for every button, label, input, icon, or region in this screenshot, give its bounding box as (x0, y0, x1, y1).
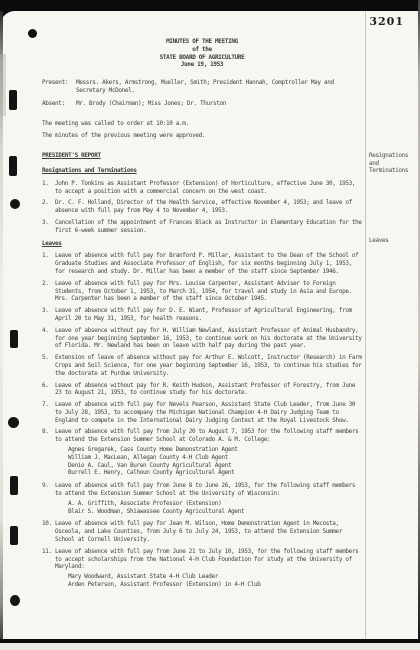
title-line-1: MINUTES OF THE MEETING (42, 38, 362, 46)
attendance-present-row: Present: Messrs. Akers, Armstrong, Muell… (42, 79, 362, 95)
document-title: MINUTES OF THE MEETING of the STATE BOAR… (42, 0, 362, 69)
item-number: 1. (42, 252, 55, 275)
page-number: 3201 (369, 15, 404, 28)
list-item: 7. Leave of absence with full pay for Ne… (42, 401, 362, 424)
margin-note-leaves: Leaves (369, 237, 417, 245)
list-item: 3. Cancellation of the appointment of Fr… (42, 219, 362, 235)
list-item: 1. John P. Tonkins as Assistant Professo… (42, 180, 362, 196)
item-number: 5. (42, 354, 55, 377)
item-number: 2. (42, 280, 55, 303)
binder-mark (10, 526, 18, 545)
binder-mark (9, 90, 17, 110)
binder-mark (9, 156, 17, 176)
item-number: 1. (42, 180, 55, 196)
item-text-body: Leave of absence with full pay from July… (55, 428, 358, 443)
staff-entry: Blair S. Woodman, Shiawassee County Agri… (68, 508, 362, 516)
item-number: 10. (42, 520, 55, 543)
staff-entry: Mary Woodward, Assistant State 4-H Club … (68, 573, 362, 581)
staff-sublist: Mary Woodward, Assistant State 4-H Club … (68, 573, 362, 589)
list-item: 3. Leave of absence with full pay for D.… (42, 307, 362, 323)
margin-note-resignations: Resignations and Terminations (369, 152, 417, 175)
list-item: 6. Leave of absence without pay for R. K… (42, 382, 362, 398)
absent-names: Mr. Brody (Chairman); Miss Jones; Dr. Th… (76, 100, 362, 108)
list-item: 10. Leave of absence with full pay for J… (42, 520, 362, 543)
item-number: 11. (42, 548, 55, 590)
margin-rule-line (365, 11, 366, 639)
item-text: Dr. C. F. Holland, Director of the Healt… (55, 199, 362, 215)
staff-entry: A. A. Griffith, Associate Professor (Ext… (68, 500, 362, 508)
item-text: Leave of absence with full pay for Jean … (55, 520, 362, 543)
item-number: 6. (42, 382, 55, 398)
present-names: Messrs. Akers, Armstrong, Mueller, Smith… (76, 79, 362, 95)
present-label: Present: (42, 79, 76, 95)
binder-mark (10, 199, 20, 209)
staff-entry: Agnes Gregarek, Cass County Home Demonst… (68, 446, 362, 454)
item-text: Leave of absence with full pay for D. E.… (55, 307, 362, 323)
staff-entry: William J. MacLean, Allegan County 4-H C… (68, 454, 362, 462)
item-text: Leave of absence with full pay from June… (55, 482, 362, 516)
item-text-body: Leave of absence with full pay from June… (55, 482, 355, 497)
item-text: Leave of absence without pay for H. Will… (55, 327, 362, 350)
item-text: Leave of absence with full pay for Mrs. … (55, 280, 362, 303)
scanned-minutes-page: 3201 Resignations and Terminations Leave… (0, 0, 420, 650)
resignations-heading: Resignations and Terminations (42, 167, 362, 175)
scan-edge-smudge (0, 54, 6, 116)
item-text-body: Leave of absence with full pay from June… (55, 548, 358, 571)
staff-entry: Arden Peterson, Assistant Professor (Ext… (68, 581, 362, 589)
item-text: John P. Tonkins as Assistant Professor (… (55, 180, 362, 196)
item-text: Leave of absence with full pay for Branf… (55, 252, 362, 275)
item-number: 9. (42, 482, 55, 516)
document-body: MINUTES OF THE MEETING of the STATE BOAR… (42, 0, 362, 590)
item-text: Extension of leave of absence without pa… (55, 354, 362, 377)
item-text: Cancellation of the appointment of Franc… (55, 219, 362, 235)
binder-mark (10, 476, 18, 495)
item-number: 2. (42, 199, 55, 215)
leaves-heading: Leaves (42, 240, 362, 248)
minutes-approved-paragraph: The minutes of the previous meeting were… (42, 132, 362, 140)
staff-sublist: Agnes Gregarek, Cass County Home Demonst… (68, 446, 362, 477)
title-date: June 19, 1953 (42, 61, 362, 69)
title-line-3: STATE BOARD OF AGRICULTURE (42, 54, 362, 62)
scan-below-edge (0, 643, 420, 650)
item-number: 3. (42, 219, 55, 235)
binder-mark (10, 595, 20, 606)
item-text: Leave of absence with full pay from July… (55, 428, 362, 478)
staff-entry: Burrell E. Henry, Calhoun County Agricul… (68, 469, 362, 477)
item-number: 8. (42, 428, 55, 478)
list-item: 9. Leave of absence with full pay from J… (42, 482, 362, 516)
absent-label: Absent: (42, 100, 76, 108)
punch-hole (28, 29, 37, 38)
binder-mark (10, 330, 18, 348)
list-item: 2. Dr. C. F. Holland, Director of the He… (42, 199, 362, 215)
item-number: 3. (42, 307, 55, 323)
call-to-order-paragraph: The meeting was called to order at 10:10… (42, 120, 362, 128)
item-number: 7. (42, 401, 55, 424)
list-item: 11. Leave of absence with full pay from … (42, 548, 362, 590)
list-item: 1. Leave of absence with full pay for Br… (42, 252, 362, 275)
presidents-report-heading: PRESIDENT'S REPORT (42, 152, 362, 160)
attendance-absent-row: Absent: Mr. Brody (Chairman); Miss Jones… (42, 100, 362, 108)
item-number: 4. (42, 327, 55, 350)
list-item: 8. Leave of absence with full pay from J… (42, 428, 362, 478)
list-item: 4. Leave of absence without pay for H. W… (42, 327, 362, 350)
staff-entry: Denio A. Caul, Van Buren County Agricult… (68, 462, 362, 470)
list-item: 5. Extension of leave of absence without… (42, 354, 362, 377)
list-item: 2. Leave of absence with full pay for Mr… (42, 280, 362, 303)
binder-mark (8, 417, 19, 428)
item-text: Leave of absence with full pay for Nevel… (55, 401, 362, 424)
item-text: Leave of absence without pay for R. Keit… (55, 382, 362, 398)
item-text: Leave of absence with full pay from June… (55, 548, 362, 590)
staff-sublist: A. A. Griffith, Associate Professor (Ext… (68, 500, 362, 516)
title-line-2: of the (42, 46, 362, 54)
